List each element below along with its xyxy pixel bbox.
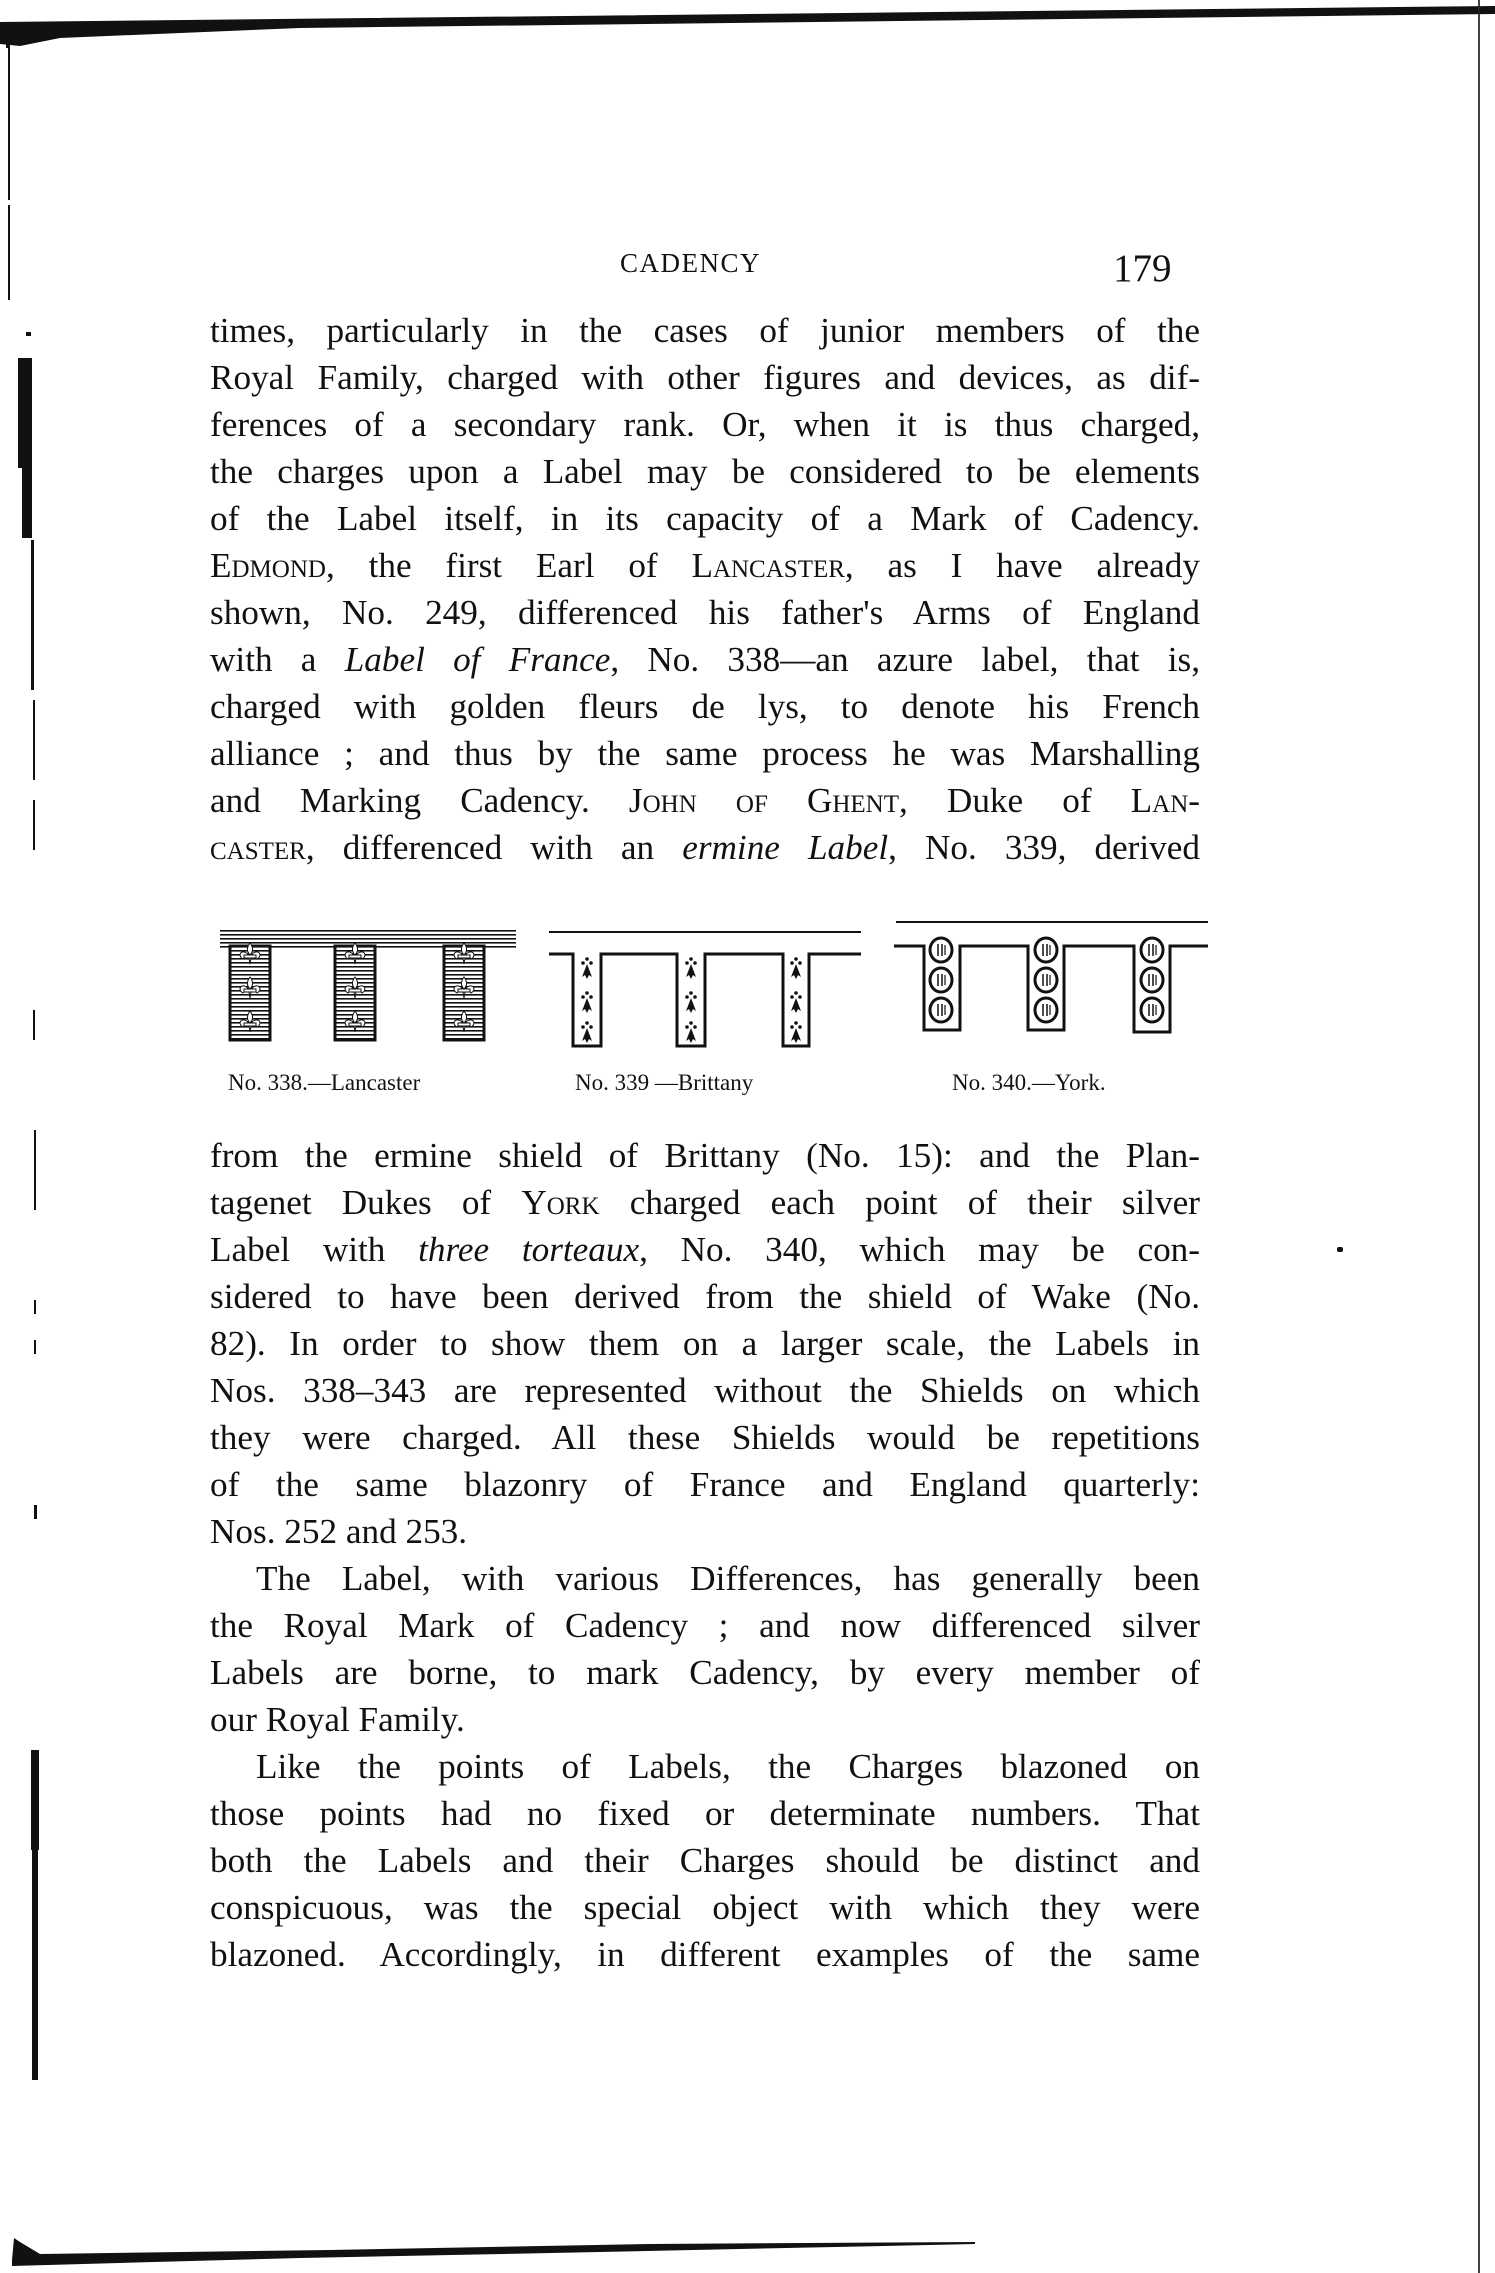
body-text-upper: times, particularly in the cases of juni… [210, 307, 1200, 871]
text-line: conspicuous, was the special object with… [210, 1884, 1200, 1931]
text-line: times, particularly in the cases of juni… [210, 307, 1200, 354]
place-name: Lan- [1131, 781, 1200, 820]
text-run: tagenet Dukes of [210, 1183, 521, 1222]
text-line: both the Labels and their Charges should… [210, 1837, 1200, 1884]
text-line: Nos. 338–343 are represented without the… [210, 1367, 1200, 1414]
label-figures: No. 338.—Lancaster No. 339 —Brittany [218, 918, 1218, 1108]
text-line: with a Label of France, No. 338—an azure… [210, 636, 1200, 683]
place-name: caster [210, 828, 306, 867]
figure-340-york-label [890, 918, 1220, 1058]
scan-edge-bottom [0, 2220, 1495, 2273]
text-run: , the first Earl of [326, 546, 692, 585]
scan-right-edge-line [1478, 0, 1480, 2273]
figure-caption-339: No. 339 —Brittany [575, 1070, 753, 1096]
text-line: Nos. 252 and 253. [210, 1508, 1200, 1555]
italic-term: ermine Label [682, 828, 888, 867]
scan-left-edge-shadow [18, 358, 32, 468]
text-line: blazoned. Accordingly, in different exam… [210, 1931, 1200, 1978]
text-line: Label with three torteaux, No. 340, whic… [210, 1226, 1200, 1273]
figure-338-lancaster-label [218, 918, 528, 1058]
text-line: from the ermine shield of Brittany (No. … [210, 1132, 1200, 1179]
text-line: ferences of a secondary rank. Or, when i… [210, 401, 1200, 448]
scan-left-edge-line [34, 1340, 36, 1354]
text-line: alliance ; and thus by the same process … [210, 730, 1200, 777]
scan-left-edge-shadow [31, 1750, 39, 1850]
text-line: caster, differenced with an ermine Label… [210, 824, 1200, 871]
scan-left-edge-line [8, 205, 10, 300]
text-line: sidered to have been derived from the sh… [210, 1273, 1200, 1320]
text-line: 82). In order to show them on a larger s… [210, 1320, 1200, 1367]
text-line: tagenet Dukes of York charged each point… [210, 1179, 1200, 1226]
text-line: they were charged. All these Shields wou… [210, 1414, 1200, 1461]
body-text-lower: from the ermine shield of Brittany (No. … [210, 1132, 1200, 1978]
text-run: and Marking Cadency. [210, 781, 629, 820]
scan-left-edge-shadow [22, 468, 32, 538]
text-run: , No. 340, which may be con- [639, 1230, 1200, 1269]
stray-ink-dot [1337, 1247, 1343, 1252]
page-number: 179 [1113, 246, 1172, 291]
text-line: shown, No. 249, differenced his father's… [210, 589, 1200, 636]
text-run: with a [210, 640, 345, 679]
person-name: John of Ghent [629, 781, 899, 820]
text-line: of the Label itself, in its capacity of … [210, 495, 1200, 542]
person-name: Edmond [210, 546, 326, 585]
scan-left-edge-line [31, 540, 34, 690]
scan-left-edge-line [34, 1130, 36, 1210]
place-name: Lancaster [691, 546, 844, 585]
text-line: charged with golden fleurs de lys, to de… [210, 683, 1200, 730]
figure-caption-338: No. 338.—Lancaster [228, 1070, 420, 1096]
italic-term: Label of France [345, 640, 611, 679]
text-line: The Label, with various Differences, has… [210, 1555, 1200, 1602]
text-run: , differenced with an [306, 828, 682, 867]
figure-caption-340: No. 340.—York. [952, 1070, 1106, 1096]
text-run: , No. 339, derived [888, 828, 1200, 867]
italic-term: three torteaux [418, 1230, 639, 1269]
scan-left-edge-line [34, 1505, 37, 1519]
text-line: our Royal Family. [210, 1696, 1200, 1743]
figure-339-brittany-label [543, 918, 873, 1058]
text-line: Edmond, the first Earl of Lancaster, as … [210, 542, 1200, 589]
text-run: charged each point of their silver [600, 1183, 1200, 1222]
scan-left-edge-mark [26, 332, 31, 336]
text-line: of the same blazonry of France and Engla… [210, 1461, 1200, 1508]
running-head: CADENCY [620, 248, 761, 279]
text-run: , No. 338—an azure label, that is, [610, 640, 1200, 679]
text-line: those points had no fixed or determinate… [210, 1790, 1200, 1837]
text-run: Label with [210, 1230, 418, 1269]
scan-left-edge-shadow [32, 1850, 38, 2080]
text-line: and Marking Cadency. John of Ghent, Duke… [210, 777, 1200, 824]
text-line: the Royal Mark of Cadency ; and now diff… [210, 1602, 1200, 1649]
place-name: York [521, 1183, 599, 1222]
scan-left-edge-line [33, 700, 35, 780]
scan-left-edge-line [33, 800, 35, 850]
scan-left-edge-line [34, 1300, 36, 1314]
scan-edge-top [0, 0, 1495, 48]
text-line: Royal Family, charged with other figures… [210, 354, 1200, 401]
text-line: Like the points of Labels, the Charges b… [210, 1743, 1200, 1790]
scan-left-edge-line [33, 1010, 35, 1040]
text-run: , Duke of [899, 781, 1131, 820]
text-line: Labels are borne, to mark Cadency, by ev… [210, 1649, 1200, 1696]
scan-left-edge-line [8, 40, 10, 200]
text-line: the charges upon a Label may be consider… [210, 448, 1200, 495]
text-run: , as I have already [845, 546, 1200, 585]
